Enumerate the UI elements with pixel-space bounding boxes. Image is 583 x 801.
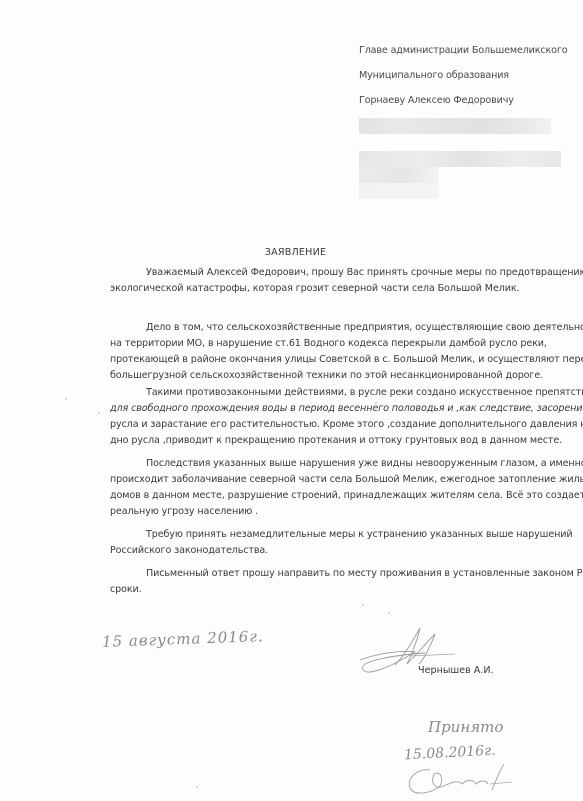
- handwritten-date: 15 августа 2016г.: [102, 627, 264, 651]
- redacted-sender-info: [359, 183, 439, 199]
- scan-speck: [388, 612, 390, 614]
- paragraph-4: Последствия указанных выше нарушения уже…: [110, 456, 560, 520]
- paragraph-1: Уважаемый Алексей Федорович, прошу Вас п…: [110, 265, 560, 297]
- scan-speck: [98, 412, 100, 414]
- paragraph-line: протекающей в районе окончания улицы Сов…: [110, 352, 560, 368]
- redacted-sender-info: [359, 167, 439, 183]
- paragraph-line: Письменный ответ прошу направить по мест…: [110, 566, 560, 582]
- paragraph-line: реальную угрозу населению .: [110, 504, 560, 520]
- acceptance-label: Принято: [428, 718, 503, 736]
- paragraph-line: домов в данном месте, разрушение строени…: [110, 488, 560, 504]
- paragraph-line: Уважаемый Алексей Федорович, прошу Вас п…: [110, 265, 560, 281]
- paragraph-line: Последствия указанных выше нарушения уже…: [110, 456, 560, 472]
- scan-speck: [362, 604, 364, 606]
- paragraph-2: Дело в том, что сельскохозяйственные пре…: [110, 320, 560, 384]
- scan-speck: [375, 402, 377, 404]
- acceptance-signature-icon: [400, 760, 515, 801]
- paragraph-5: Требую принять незамедлительные меры к у…: [110, 527, 560, 559]
- addressee-line-1: Главе администрации Большемеликского: [359, 44, 583, 69]
- paragraph-line: экологической катастрофы, которая грозит…: [110, 281, 560, 297]
- addressee-line-2: Муниципального образования: [359, 69, 583, 94]
- addressee-block: Главе администрации Большемеликского Мун…: [359, 44, 583, 119]
- document-title: ЗАЯВЛЕНИЕ: [0, 247, 583, 258]
- scanned-document-page: Главе администрации Большемеликского Мун…: [0, 0, 583, 801]
- paragraph-line: русла и зарастание его растительностью. …: [110, 417, 560, 433]
- paragraph-3: Такими противозаконными действиями, в ру…: [110, 385, 560, 449]
- paragraph-6: Письменный ответ прошу направить по мест…: [110, 566, 560, 598]
- paragraph-line: сроки.: [110, 582, 560, 598]
- redacted-sender-info: [359, 118, 551, 134]
- paragraph-line: дно русла ,приводит к прекращению протек…: [110, 433, 560, 449]
- paragraph-line: Требую принять незамедлительные меры к у…: [110, 527, 560, 543]
- paragraph-line: большегрузной сельскохозяйственной техни…: [110, 368, 560, 384]
- paragraph-line: для свободного прохождения воды в период…: [110, 401, 560, 417]
- paragraph-line: Такими противозаконными действиями, в ру…: [110, 385, 560, 401]
- scan-speck: [65, 398, 67, 400]
- paragraph-line: Дело в том, что сельскохозяйственные пре…: [110, 320, 560, 336]
- paragraph-line: происходит заболачивание северной части …: [110, 472, 560, 488]
- scan-speck: [196, 786, 198, 788]
- paragraph-line: Российского законодательства.: [110, 543, 560, 559]
- redacted-sender-info: [359, 151, 561, 167]
- addressee-line-3: Горнаеву Алексею Федоровичу: [359, 94, 583, 119]
- paragraph-line: на территории МО, в нарушение ст.61 Водн…: [110, 336, 560, 352]
- signer-name: Чернышев А.И.: [418, 665, 494, 676]
